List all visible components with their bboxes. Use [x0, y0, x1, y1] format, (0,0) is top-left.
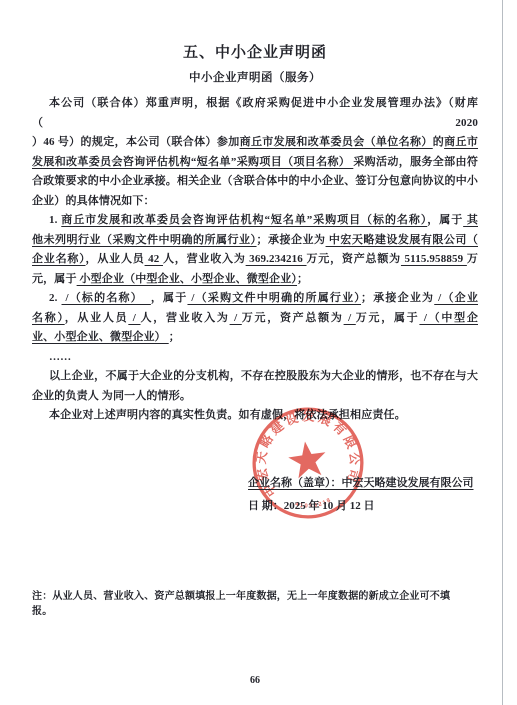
text-run: 万元，资产总额为	[307, 253, 401, 265]
doc-line: 合政策要求的中小企业承接。相关企业（含联合体中的中小企业、签订分包意向协议的中小	[32, 172, 478, 192]
doc-line: 1. 商丘市发展和改革委员会咨询评估机构“短名单”采购项目（标的名称），属于 其	[32, 211, 478, 231]
page-title: 五、中小企业声明函	[32, 44, 478, 62]
filled-blank: /（企业	[434, 292, 478, 304]
document-page: 五、中小企业声明函 中小企业声明函（服务） 本公司（联合体）郑重声明，根据《政府…	[0, 0, 517, 705]
company-name: 中宏天略建设发展有限公司	[342, 477, 474, 489]
doc-line: 企业）的具体情况如下：	[32, 192, 478, 212]
text-run: 以上企业，不属于大企业的分支机构，不存在控股股东为大企业的情形，也不存在与大	[49, 370, 478, 382]
filled-blank: 企业名称）	[32, 253, 86, 265]
text-run: 万元，资产总额为	[242, 312, 344, 324]
doc-line: 元，属于 小型企业（中型企业、小型企业、微型企业）；	[32, 270, 478, 290]
filled-blank: /	[128, 312, 140, 324]
page-right-border	[502, 0, 503, 705]
text-run: 2.	[49, 292, 62, 304]
text-run: 人，营业收入为	[163, 253, 246, 265]
filled-blank: 商丘市发展和改革委员会咨询评估机构“短名单”采购项目（标的名称）	[61, 214, 427, 226]
doc-line: ……	[32, 348, 478, 368]
text-run: 的	[433, 136, 444, 148]
text-run: 企业的负责人 为同一人的情形。	[32, 390, 191, 402]
filled-blank: 42	[145, 253, 163, 265]
signature-block: 企业名称（盖章）：中宏天略建设发展有限公司 日 期：2025 年 10 月 12…	[248, 472, 474, 518]
filled-blank: 其	[463, 214, 478, 226]
filled-blank: /	[230, 312, 242, 324]
doc-line: ）46 号）的规定，本公司（联合体）参加商丘市发展和改革委员会（单位名称）的商丘…	[32, 133, 478, 153]
text-run: 本公司（联合体）郑重声明，根据《政府采购促进中小企业发展管理办法》（财库（202…	[32, 97, 478, 129]
text-run: 本企业对上述声明内容的真实性负责。如有虚假，将依法承担相应责任。	[49, 409, 406, 421]
text-run: ；承接企业为	[361, 292, 434, 304]
doc-line: 以上企业，不属于大企业的分支机构，不存在控股股东为大企业的情形，也不存在与大	[32, 367, 478, 387]
filled-blank: 中宏天略建设发展有限公司（	[326, 234, 478, 246]
text-run: ；	[169, 331, 180, 343]
doc-line: 企业的负责人 为同一人的情形。	[32, 387, 478, 407]
text-run: ）46 号）的规定，本公司（联合体）参加	[32, 136, 240, 148]
doc-line: 本公司（联合体）郑重声明，根据《政府采购促进中小企业发展管理办法》（财库（202…	[32, 94, 478, 133]
declaration-document: 五、中小企业声明函 中小企业声明函（服务） 本公司（联合体）郑重声明，根据《政府…	[32, 0, 478, 426]
filled-blank: /（中型企	[419, 312, 478, 324]
company-label: 企业名称（盖章）：	[248, 477, 342, 489]
filled-blank: 商丘市发展和改革委员会（单位名称）	[240, 136, 433, 148]
doc-line: 名称），从业人员 / 人，营业收入为 / 万元，资产总额为 / 万元，属于 /（…	[32, 309, 478, 329]
doc-line: 业、小型企业、微型企业） ；	[32, 328, 478, 348]
date-line: 日 期：2025 年 10 月 12 日	[248, 495, 474, 518]
filled-blank: 商丘市	[444, 136, 478, 148]
text-run: 采购活动，服务全部由符	[353, 156, 478, 168]
doc-line: 他未列明行业（采购文件中明确的所属行业）；承接企业为 中宏天略建设发展有限公司（	[32, 231, 478, 251]
text-run: ，从业人员	[86, 253, 145, 265]
text-run: ；	[297, 273, 308, 285]
text-run: ，属于	[151, 292, 188, 304]
text-run: 人，营业收入为	[141, 312, 230, 324]
filled-blank: /	[344, 312, 356, 324]
text-run: ，从业人员	[65, 312, 129, 324]
doc-line: 发展和改革委员会咨询评估机构“短名单”采购项目（项目名称） 采购活动，服务全部由…	[32, 153, 478, 173]
filled-blank: /（采购文件中明确的所属行业）	[187, 292, 361, 304]
text-run: ……	[49, 351, 71, 363]
doc-line: 企业名称），从业人员 42 人，营业收入为 369.234216 万元，资产总额…	[32, 250, 478, 270]
footnote: 注：从业人员、营业收入、资产总额填报上一年度数据，无上一年度数据的新成立企业可不…	[32, 589, 462, 619]
filled-blank: 他未列明行业（采购文件中明确的所属行业）	[32, 234, 257, 246]
company-name-line: 企业名称（盖章）：中宏天略建设发展有限公司	[248, 472, 474, 495]
filled-blank: 发展和改革委员会咨询评估机构“短名单”采购项目（项目名称）	[32, 156, 353, 168]
text-run: ；承接企业为	[257, 234, 326, 246]
doc-line: 本企业对上述声明内容的真实性负责。如有虚假，将依法承担相应责任。	[32, 406, 478, 426]
filled-blank: 名称）	[32, 312, 65, 324]
text-run: 万	[467, 253, 478, 265]
filled-blank: /（标的名称）	[62, 292, 151, 304]
doc-line: 2. /（标的名称） ，属于 /（采购文件中明确的所属行业）；承接企业为 /（企…	[32, 289, 478, 309]
text-run: 元，属于	[32, 273, 77, 285]
page-number: 66	[32, 675, 478, 686]
filled-blank: 369.234216	[246, 253, 307, 265]
text-run: 1.	[49, 214, 61, 226]
filled-blank: 5115.958859	[401, 253, 467, 265]
text-run: 企业）的具体情况如下：	[32, 195, 155, 207]
filled-blank: 小型企业（中型企业、小型企业、微型企业）	[77, 273, 297, 285]
text-run: ，属于	[427, 214, 463, 226]
declaration-body: 本公司（联合体）郑重声明，根据《政府采购促进中小企业发展管理办法》（财库（202…	[32, 94, 478, 426]
filled-blank: 业、小型企业、微型企业）	[32, 331, 169, 343]
page-subtitle: 中小企业声明函（服务）	[32, 70, 478, 87]
text-run: 万元，属于	[356, 312, 420, 324]
text-run: 合政策要求的中小企业承接。相关企业（含联合体中的中小企业、签订分包意向协议的中小	[32, 175, 478, 187]
